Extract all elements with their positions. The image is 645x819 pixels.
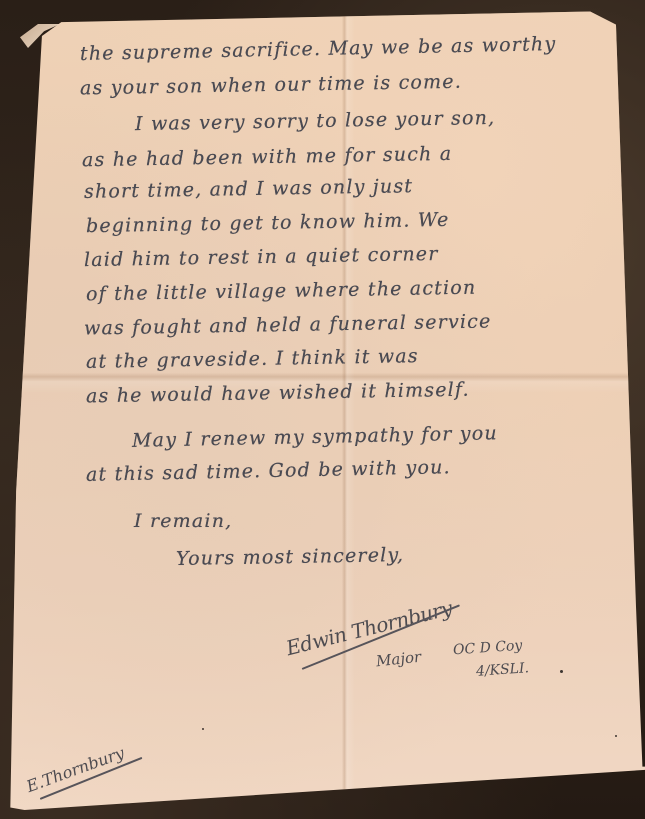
closing-remain: I remain, (134, 512, 232, 531)
closing-valediction: Yours most sincerely, (176, 546, 404, 569)
ink-speck (202, 728, 204, 730)
ink-speck (615, 735, 617, 737)
ink-speck (560, 670, 563, 673)
